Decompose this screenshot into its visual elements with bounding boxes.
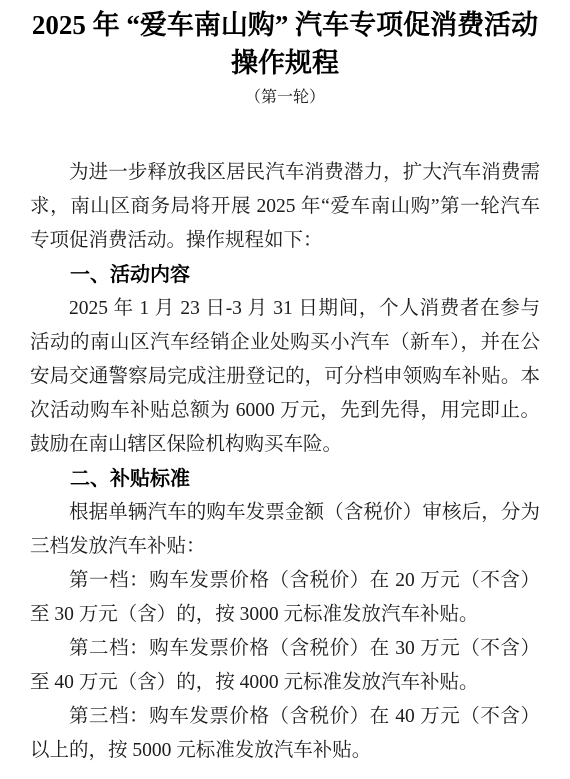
- doc-subtitle: （第一轮）: [0, 86, 570, 110]
- body-paragraph-activity-detail: 2025 年 1 月 23 日-3 月 31 日期间，个人消费者在参与活动的南山…: [30, 292, 540, 462]
- document-body: 为进一步释放我区居民汽车消费潜力，扩大汽车消费需求，南山区商务局将开展 2025…: [30, 156, 540, 768]
- doc-title-line-2: 操作规程: [0, 44, 570, 82]
- body-paragraph-tier-2: 第二档：购车发票价格（含税价）在 30 万元（不含）至 40 万元（含）的，按 …: [30, 632, 540, 700]
- body-paragraph-tier-1: 第一档：购车发票价格（含税价）在 20 万元（不含）至 30 万元（含）的，按 …: [30, 564, 540, 632]
- document-header: 2025 年 “爱车南山购” 汽车专项促消费活动 操作规程 （第一轮）: [0, 0, 570, 110]
- document-page: 2025 年 “爱车南山购” 汽车专项促消费活动 操作规程 （第一轮） 为进一步…: [0, 0, 570, 779]
- doc-title-line-1: 2025 年 “爱车南山购” 汽车专项促消费活动: [0, 6, 570, 44]
- section-heading-activity: 一、活动内容: [30, 258, 540, 292]
- body-paragraph-tier-3: 第三档：购车发票价格（含税价）在 40 万元（不含）以上的，按 5000 元标准…: [30, 700, 540, 768]
- body-paragraph-subsidy-intro: 根据单辆汽车的购车发票金额（含税价）审核后，分为三档发放汽车补贴：: [30, 496, 540, 564]
- section-heading-subsidy: 二、补贴标准: [30, 462, 540, 496]
- body-paragraph-intro: 为进一步释放我区居民汽车消费潜力，扩大汽车消费需求，南山区商务局将开展 2025…: [30, 156, 540, 258]
